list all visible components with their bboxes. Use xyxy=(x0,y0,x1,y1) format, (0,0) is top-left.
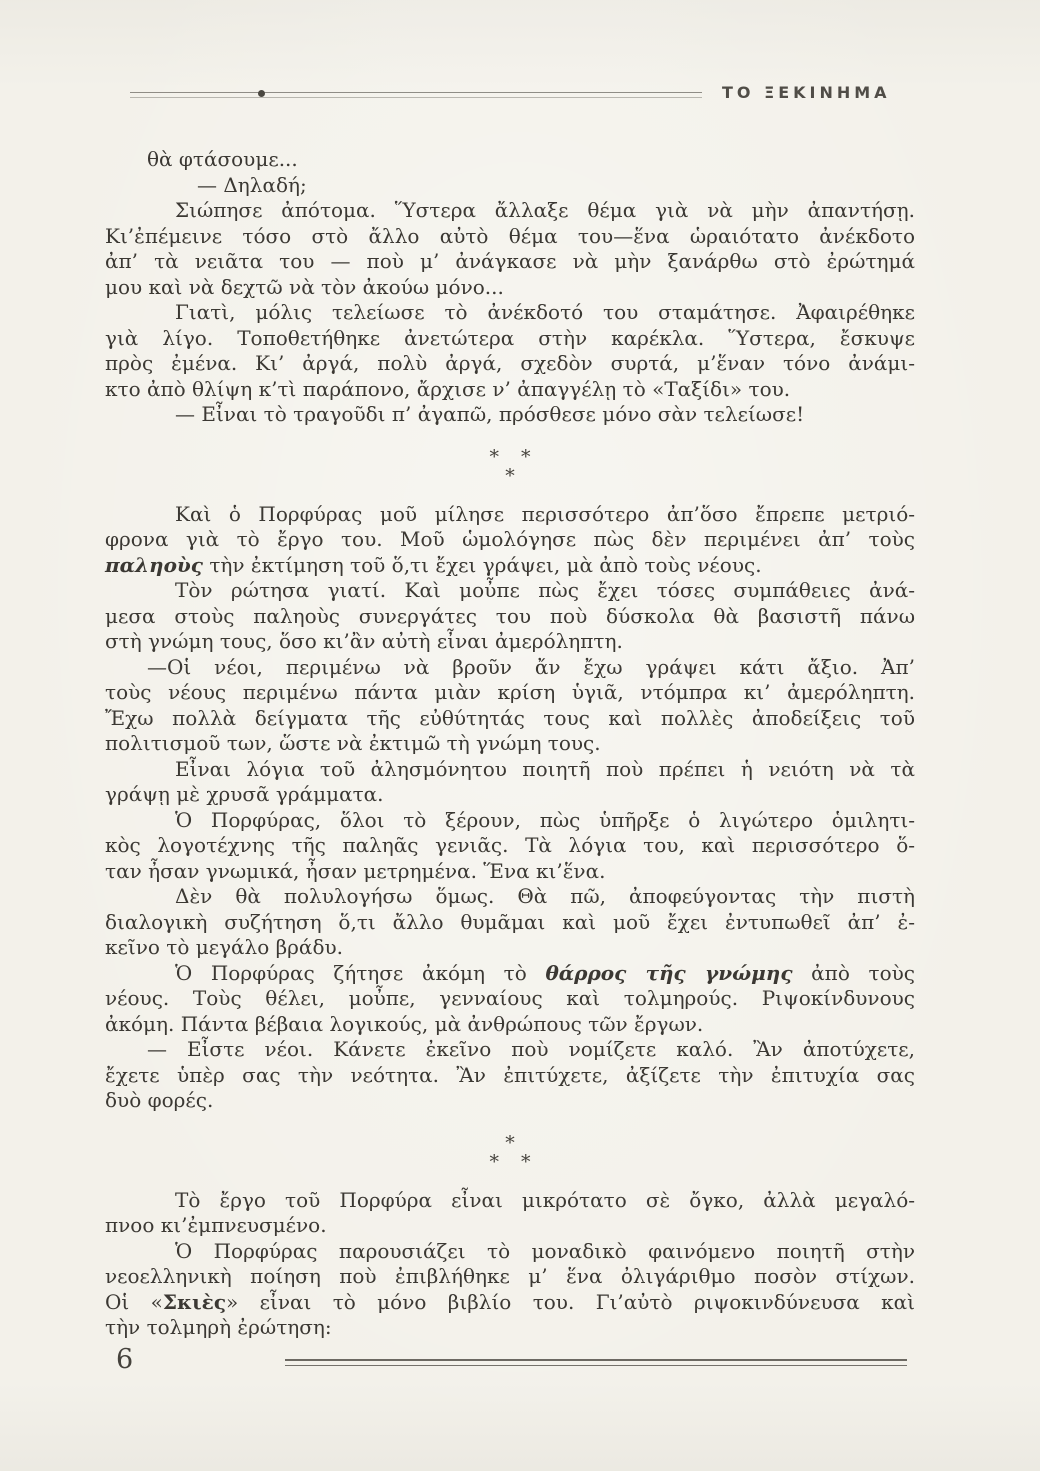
text-line: τὴν τολμηρὴ ἐρώτηση: xyxy=(105,1315,915,1341)
text-segment: παληοὺς xyxy=(105,553,203,577)
text-segment: ἀπ’ τὰ νειᾶτα του — ποὺ μ’ ἀνάγκασε νὰ μ… xyxy=(105,249,915,273)
text-line: Ὁ Πορφύρας ζήτησε ἀκόμη τὸ θάρρος τῆς γν… xyxy=(105,961,915,987)
paragraph: — Δηλαδή; xyxy=(105,173,915,199)
text-line: Ὁ Πορφύρας παρουσιάζει τὸ μοναδικὸ φαινό… xyxy=(105,1239,915,1265)
paragraph: Δὲν θὰ πολυλογήσω ὅμως. Θὰ πῶ, ἀποφεύγον… xyxy=(105,884,915,961)
text-line: ἀπ’ τὰ νειᾶτα του — ποὺ μ’ ἀνάγκασε νὰ μ… xyxy=(105,249,915,275)
text-line: πολιτισμοῦ των, ὥστε νὰ ἐκτιμῶ τὴ γνώμη … xyxy=(105,731,915,757)
paragraph: θὰ φτάσουμε... xyxy=(105,147,915,173)
text-line: Ὁ Πορφύρας, ὅλοι τὸ ξέρουν, πὼς ὑπῆρξε ὁ… xyxy=(105,808,915,834)
separator-asterisks: * xyxy=(105,467,915,486)
text-segment: κεῖνο τὸ μεγάλο βράδυ. xyxy=(105,935,343,959)
text-line: Καὶ ὁ Πορφύρας μοῦ μίλησε περισσότερο ἀπ… xyxy=(105,502,915,528)
text-segment: ταν ἦσαν γνωμικά, ἦσαν μετρημένα. Ἕνα κι… xyxy=(105,859,605,883)
text-line: πνοο κι’ἐμπνευσμένο. xyxy=(105,1213,915,1239)
text-segment: κὸς λογοτέχνης τῆς παληᾶς γενιᾶς. Τὰ λόγ… xyxy=(105,833,915,857)
paragraph: — Εἶναι τὸ τραγοῦδι π’ ἀγαπῶ, πρόσθεσε μ… xyxy=(105,402,915,428)
paragraph: Τὸν ρώτησα γιατί. Καὶ μοὖπε πὼς ἔχει τόσ… xyxy=(105,578,915,655)
text-line: μου καὶ νὰ δεχτῶ νὰ τὸν ἀκούω μόνο... xyxy=(105,275,915,301)
text-segment: πρὸς ἐμένα. Κι’ ἀργά, πολὺ ἀργά, σχεδὸν … xyxy=(105,351,915,375)
ink-dot xyxy=(258,90,265,97)
text-line: νέους. Τοὺς θέλει, μοὖπε, γενναίους καὶ … xyxy=(105,986,915,1012)
text-segment: Σιώπησε ἀπότομα. Ὕστερα ἄλλαξε θέμα γιὰ … xyxy=(175,198,915,222)
text-segment: » εἶναι τὸ μόνο βιβλίο του. Γι’αὐτὸ ριψο… xyxy=(226,1290,915,1314)
paragraph: Γιατὶ, μόλις τελείωσε τὸ ἀνέκδοτό του στ… xyxy=(105,300,915,402)
text-segment: δυὸ φορές. xyxy=(105,1088,213,1112)
text-segment: Ὁ Πορφύρας, ὅλοι τὸ ξέρουν, πὼς ὑπῆρξε ὁ… xyxy=(175,808,915,832)
text-line: θὰ φτάσουμε... xyxy=(105,147,915,173)
text-line: δυὸ φορές. xyxy=(105,1088,915,1114)
book-page: ΤΟ ΞΕΚΙΝΗΜΑ θὰ φτάσουμε...— Δηλαδή;Σιώπη… xyxy=(0,0,1040,1471)
text-segment: Ὁ Πορφύρας παρουσιάζει τὸ μοναδικὸ φαινό… xyxy=(175,1239,915,1263)
page-header: ΤΟ ΞΕΚΙΝΗΜΑ xyxy=(130,80,912,104)
text-line: παληοὺς τὴν ἐκτίμηση τοῦ ὅ,τι ἔχει γράψε… xyxy=(105,553,915,579)
paragraph: Εἶναι λόγια τοῦ ἀλησμόνητου ποιητῆ ποὺ π… xyxy=(105,757,915,808)
text-segment: Ἔχω πολλὰ δείγματα τῆς εὐθύτητάς τους κα… xyxy=(105,706,915,730)
text-line: ταν ἦσαν γνωμικά, ἦσαν μετρημένα. Ἕνα κι… xyxy=(105,859,915,885)
text-line: Κι’ἐπέμεινε τόσο στὸ ἄλλο αὐτὸ θέμα του—… xyxy=(105,224,915,250)
text-segment: γράψῃ μὲ χρυσᾶ γράμματα. xyxy=(105,782,384,806)
text-segment: θάρρος τῆς γνώμης xyxy=(545,961,792,985)
paragraph: —Οἱ νέοι, περιμένω νὰ βροῦν ἄν ἔχω γράψε… xyxy=(105,655,915,757)
paragraph: — Εἶστε νέοι. Κάνετε ἐκεῖνο ποὺ νομίζετε… xyxy=(105,1037,915,1114)
text-segment: φρονα γιὰ τὸ ἔργο του. Μοῦ ὡμολόγησε πὼς… xyxy=(105,527,915,551)
text-segment: γιὰ λίγο. Τοποθετήθηκε ἀνετώτερα στὴν κα… xyxy=(105,326,915,350)
text-segment: — Εἶστε νέοι. Κάνετε ἐκεῖνο ποὺ νομίζετε… xyxy=(147,1037,915,1061)
text-segment: πολιτισμοῦ των, ὥστε νὰ ἐκτιμῶ τὴ γνώμη … xyxy=(105,731,601,755)
text-segment: μου καὶ νὰ δεχτῶ νὰ τὸν ἀκούω μόνο... xyxy=(105,275,504,299)
text-segment: τὴν ἐκτίμηση τοῦ ὅ,τι ἔχει γράψει, μὰ ἀπ… xyxy=(203,553,762,577)
text-line: — Δηλαδή; xyxy=(105,173,915,199)
text-segment: κτο ἀπὸ θλίψη κ’τὶ παράπονο, ἄρχισε ν’ ἀ… xyxy=(105,377,790,401)
text-line: Σιώπησε ἀπότομα. Ὕστερα ἄλλαξε θέμα γιὰ … xyxy=(105,198,915,224)
text-segment: τὴν τολμηρὴ ἐρώτηση: xyxy=(105,1315,332,1339)
text-line: κεῖνο τὸ μεγάλο βράδυ. xyxy=(105,935,915,961)
text-segment: Δὲν θὰ πολυλογήσω ὅμως. Θὰ πῶ, ἀποφεύγον… xyxy=(175,884,915,908)
text-line: μεσα στοὺς παληοὺς συνεργάτες του ποὺ δύ… xyxy=(105,604,915,630)
text-segment: Τὸ ἔργο τοῦ Πορφύρα εἶναι μικρότατο σὲ ὄ… xyxy=(175,1188,915,1212)
text-segment: ἀπὸ τοὺς xyxy=(793,961,916,985)
page-footer: 6 xyxy=(0,1340,1040,1390)
paragraph: Τὸ ἔργο τοῦ Πορφύρα εἶναι μικρότατο σὲ ὄ… xyxy=(105,1188,915,1239)
text-segment: Τὸν ρώτησα γιατί. Καὶ μοὖπε πὼς ἔχει τόσ… xyxy=(175,578,915,602)
paragraph: Σιώπησε ἀπότομα. Ὕστερα ἄλλαξε θέμα γιὰ … xyxy=(105,198,915,300)
text-line: Εἶναι λόγια τοῦ ἀλησμόνητου ποιητῆ ποὺ π… xyxy=(105,757,915,783)
text-line: στὴ γνώμη τους, ὅσο κι’ἂν αὐτὴ εἶναι ἀμε… xyxy=(105,629,915,655)
text-segment: μεσα στοὺς παληοὺς συνεργάτες του ποὺ δύ… xyxy=(105,604,915,628)
separator-asterisks: * * xyxy=(105,448,915,467)
paragraph: Ὁ Πορφύρας παρουσιάζει τὸ μοναδικὸ φαινό… xyxy=(105,1239,915,1341)
text-line: —Οἱ νέοι, περιμένω νὰ βροῦν ἄν ἔχω γράψε… xyxy=(105,655,915,681)
text-line: ἔχετε ὑπὲρ σας τὴν νεότητα. Ἂν ἐπιτύχετε… xyxy=(105,1063,915,1089)
text-line: — Εἶναι τὸ τραγοῦδι π’ ἀγαπῶ, πρόσθεσε μ… xyxy=(105,402,915,428)
text-segment: νεοελληνικὴ ποίηση ποὺ ἐπιβλήθηκε μ’ ἕνα… xyxy=(105,1264,915,1288)
paragraph: Ὁ Πορφύρας ζήτησε ἀκόμη τὸ θάρρος τῆς γν… xyxy=(105,961,915,1038)
text-line: τοὺς νέους περιμένω πάντα μιὰν κρίση ὑγι… xyxy=(105,680,915,706)
text-line: πρὸς ἐμένα. Κι’ ἀργά, πολὺ ἀργά, σχεδὸν … xyxy=(105,351,915,377)
text-segment: στὴ γνώμη τους, ὅσο κι’ἂν αὐτὴ εἶναι ἀμε… xyxy=(105,629,623,653)
text-segment: διαλογικὴ συζήτηση ὅ,τι ἄλλο θυμᾶμαι καὶ… xyxy=(105,910,915,934)
text-segment: θὰ φτάσουμε... xyxy=(147,147,298,171)
text-line: ἀκόμη. Πάντα βέβαια λογικούς, μὰ ἀνθρώπο… xyxy=(105,1012,915,1038)
text-line: Γιατὶ, μόλις τελείωσε τὸ ἀνέκδοτό του στ… xyxy=(105,300,915,326)
page-number: 6 xyxy=(116,1344,133,1375)
text-segment: Κι’ἐπέμεινε τόσο στὸ ἄλλο αὐτὸ θέμα του—… xyxy=(105,224,915,248)
text-segment: Ὁ Πορφύρας ζήτησε ἀκόμη τὸ xyxy=(175,961,545,985)
footer-rule xyxy=(285,1359,907,1366)
separator-asterisks: * * xyxy=(105,1153,915,1172)
text-segment: τοὺς νέους περιμένω πάντα μιὰν κρίση ὑγι… xyxy=(105,680,915,704)
page-body: θὰ φτάσουμε...— Δηλαδή;Σιώπησε ἀπότομα. … xyxy=(105,147,915,1341)
text-line: Οἱ «Σκιὲς» εἶναι τὸ μόνο βιβλίο του. Γι’… xyxy=(105,1290,915,1316)
paragraph: Καὶ ὁ Πορφύρας μοῦ μίλησε περισσότερο ἀπ… xyxy=(105,502,915,579)
text-segment: Σκιὲς xyxy=(163,1290,226,1314)
text-line: διαλογικὴ συζήτηση ὅ,τι ἄλλο θυμᾶμαι καὶ… xyxy=(105,910,915,936)
text-line: Ἔχω πολλὰ δείγματα τῆς εὐθύτητάς τους κα… xyxy=(105,706,915,732)
text-segment: Οἱ « xyxy=(105,1290,163,1314)
text-line: Δὲν θὰ πολυλογήσω ὅμως. Θὰ πῶ, ἀποφεύγον… xyxy=(105,884,915,910)
text-line: — Εἶστε νέοι. Κάνετε ἐκεῖνο ποὺ νομίζετε… xyxy=(105,1037,915,1063)
text-line: νεοελληνικὴ ποίηση ποὺ ἐπιβλήθηκε μ’ ἕνα… xyxy=(105,1264,915,1290)
text-segment: νέους. Τοὺς θέλει, μοὖπε, γενναίους καὶ … xyxy=(105,986,915,1010)
text-segment: ἀκόμη. Πάντα βέβαια λογικούς, μὰ ἀνθρώπο… xyxy=(105,1012,703,1036)
text-segment: Καὶ ὁ Πορφύρας μοῦ μίλησε περισσότερο ἀπ… xyxy=(175,502,915,526)
text-segment: πνοο κι’ἐμπνευσμένο. xyxy=(105,1213,327,1237)
text-line: Τὸν ρώτησα γιατί. Καὶ μοὖπε πὼς ἔχει τόσ… xyxy=(105,578,915,604)
text-segment: — Δηλαδή; xyxy=(197,173,307,197)
text-line: κὸς λογοτέχνης τῆς παληᾶς γενιᾶς. Τὰ λόγ… xyxy=(105,833,915,859)
running-title: ΤΟ ΞΕΚΙΝΗΜΑ xyxy=(722,83,891,102)
separator-asterisks: * xyxy=(105,1134,915,1153)
text-segment: Εἶναι λόγια τοῦ ἀλησμόνητου ποιητῆ ποὺ π… xyxy=(175,757,915,781)
paragraph: Ὁ Πορφύρας, ὅλοι τὸ ξέρουν, πὼς ὑπῆρξε ὁ… xyxy=(105,808,915,885)
header-rule xyxy=(130,92,702,98)
text-segment: — Εἶναι τὸ τραγοῦδι π’ ἀγαπῶ, πρόσθεσε μ… xyxy=(175,402,804,426)
text-segment: Γιατὶ, μόλις τελείωσε τὸ ἀνέκδοτό του στ… xyxy=(175,300,915,324)
text-line: κτο ἀπὸ θλίψη κ’τὶ παράπονο, ἄρχισε ν’ ἀ… xyxy=(105,377,915,403)
text-line: Τὸ ἔργο τοῦ Πορφύρα εἶναι μικρότατο σὲ ὄ… xyxy=(105,1188,915,1214)
text-segment: ἔχετε ὑπὲρ σας τὴν νεότητα. Ἂν ἐπιτύχετε… xyxy=(105,1063,915,1087)
text-line: γιὰ λίγο. Τοποθετήθηκε ἀνετώτερα στὴν κα… xyxy=(105,326,915,352)
section-separator: * ** xyxy=(105,448,915,486)
text-line: φρονα γιὰ τὸ ἔργο του. Μοῦ ὡμολόγησε πὼς… xyxy=(105,527,915,553)
section-separator: ** * xyxy=(105,1134,915,1172)
text-line: γράψῃ μὲ χρυσᾶ γράμματα. xyxy=(105,782,915,808)
text-segment: —Οἱ νέοι, περιμένω νὰ βροῦν ἄν ἔχω γράψε… xyxy=(147,655,915,679)
